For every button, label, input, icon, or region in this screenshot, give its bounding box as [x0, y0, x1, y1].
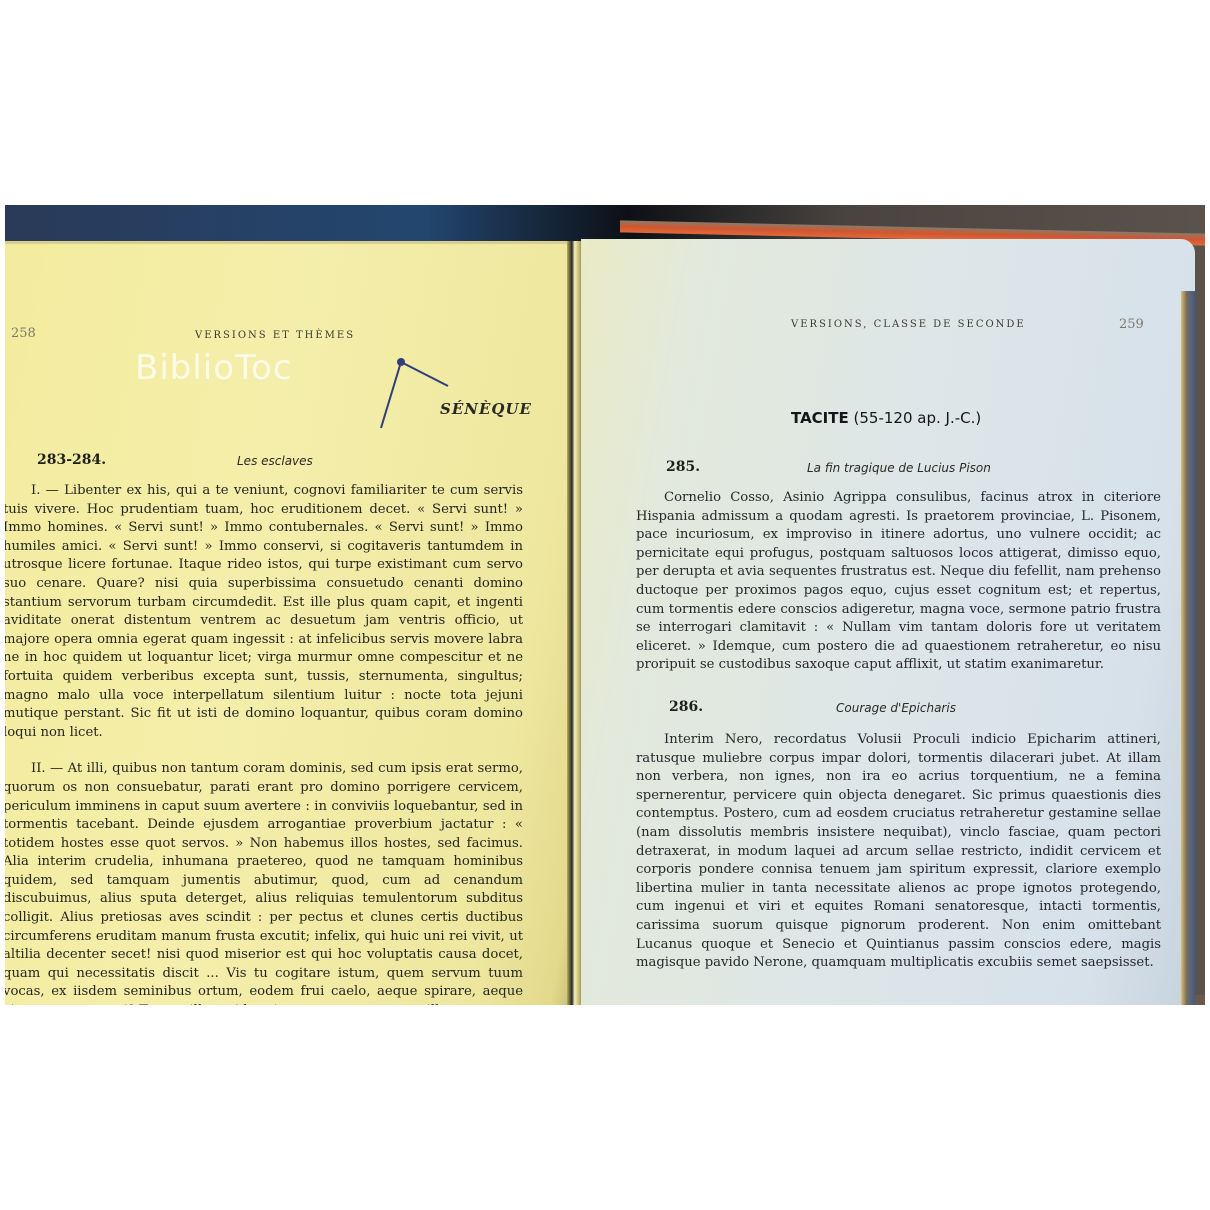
passage-text: I. — Libenter ex his, qui a te veniunt, …	[5, 482, 523, 1005]
book-spine	[567, 241, 581, 1005]
section-number: 286.	[669, 699, 703, 715]
right-author: TACITE (55-120 ap. J.-C.)	[791, 409, 981, 427]
section-title: Les esclaves	[237, 454, 313, 468]
paragraph: II. — At illi, quibus non tantum coram d…	[5, 760, 523, 1005]
passage-text: Cornelio Cosso, Asinio Agrippa consulibu…	[636, 489, 1161, 675]
book-photo: 258 VERSIONS ET THÈMES BiblioToc SÉNÈQUE…	[5, 205, 1205, 1005]
left-page: 258 VERSIONS ET THÈMES BiblioToc SÉNÈQUE…	[5, 241, 570, 1005]
pen-mark-icon	[373, 356, 463, 436]
section-title: Courage d'Epicharis	[836, 701, 956, 715]
left-running-head: VERSIONS ET THÈMES	[195, 330, 355, 341]
right-page: VERSIONS, CLASSE DE SECONDE 259 TACITE (…	[581, 239, 1195, 1005]
section-title: La fin tragique de Lucius Pison	[807, 461, 991, 475]
paragraph: Cornelio Cosso, Asinio Agrippa consulibu…	[636, 489, 1161, 675]
section-number: 283-284.	[37, 452, 106, 468]
watermark: BiblioToc	[135, 348, 293, 388]
section-number: 285.	[666, 459, 700, 475]
page-stack-edge	[1181, 291, 1195, 1005]
author-dates: (55-120 ap. J.-C.)	[854, 409, 982, 427]
author-name: TACITE	[791, 409, 849, 427]
right-page-number: 259	[1119, 317, 1144, 332]
left-page-number: 258	[11, 326, 36, 341]
right-running-head: VERSIONS, CLASSE DE SECONDE	[791, 319, 1026, 330]
paragraph: Interim Nero, recordatus Volusii Proculi…	[636, 731, 1161, 973]
passage-text: Interim Nero, recordatus Volusii Proculi…	[636, 731, 1161, 973]
left-author: SÉNÈQUE	[440, 400, 532, 418]
paragraph: I. — Libenter ex his, qui a te veniunt, …	[5, 482, 523, 742]
